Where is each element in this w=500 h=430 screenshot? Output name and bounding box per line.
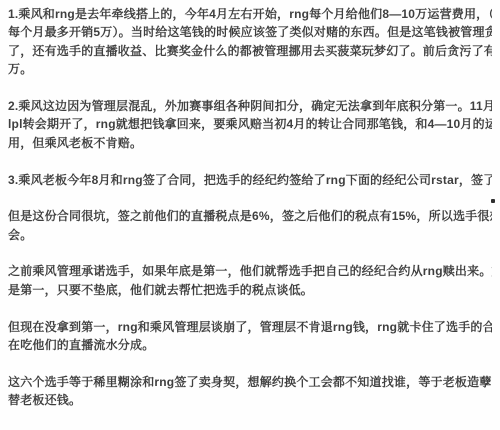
post-body: 1.乘风和rng是去年牵线搭上的，今年4月左右开始，rng每个月给他们8—10万… xyxy=(0,0,500,410)
paragraph-7: 这六个选手等于稀里糊涂和rng签了卖身契，想解约换个工会都不知道找谁，等于老板造… xyxy=(8,373,492,410)
text-line: 1.乘风和rng是去年牵线搭上的，今年4月左右开始，rng每个月给他们8—10万… xyxy=(8,5,492,24)
text-line: 万。 xyxy=(8,60,492,79)
paragraph-2: 2.乘风这边因为管理层混乱，外加赛事组各种阴间扣分，确定无法拿到年底积分第一。1… xyxy=(8,97,492,153)
paragraph-1: 1.乘风和rng是去年牵线搭上的，今年4月左右开始，rng每个月给他们8—10万… xyxy=(8,5,492,79)
text-line: 但现在没拿到第一，rng和乘风管理层谈崩了，管理层不肯退rng钱，rng就卡住了… xyxy=(8,318,492,337)
paragraph-6: 但现在没拿到第一，rng和乘风管理层谈崩了，管理层不肯退rng钱，rng就卡住了… xyxy=(8,318,492,355)
text-line: 但是这份合同很坑，签之前他们的直播税点是6%，签之后他们的税点有15%，所以选手… xyxy=(8,207,492,226)
text-line: 这六个选手等于稀里糊涂和rng签了卖身契，想解约换个工会都不知道找谁，等于老板造… xyxy=(8,373,492,392)
text-line: 是第一，只要不垫底，他们就去帮忙把选手的税点谈低。 xyxy=(8,281,492,300)
paragraph-5: 之前乘风管理承诺选手，如果年底是第一，他们就帮选手把自己的经纪合约从rng赎出来… xyxy=(8,262,492,299)
text-line: 了，还有选手的直播收益、比赛奖金什么的都被管理挪用去买菠菜玩梦幻了。前后贪污了有… xyxy=(8,42,492,61)
text-line: 之前乘风管理承诺选手，如果年底是第一，他们就帮选手把自己的经纪合约从rng赎出来… xyxy=(8,262,492,281)
text-line: lpl转会期开了，rng就想把钱拿回来，要乘风赔当初4月的转让合同那笔钱，和4—… xyxy=(8,115,492,134)
paragraph-3: 3.乘风老板今年8月和rng签了合同，把选手的经纪约签给了rng下面的经纪公司r… xyxy=(8,171,492,190)
paragraph-4: 但是这份合同很坑，签之前他们的直播税点是6%，签之后他们的税点有15%，所以选手… xyxy=(8,207,492,244)
bullet-dot xyxy=(491,199,495,203)
text-line: 每个月最多开销5万）。当时给这笔钱的时候应该签了类似对赌的东西。但是这笔钱被管理… xyxy=(8,23,492,42)
text-line: 会。 xyxy=(8,226,492,245)
text-line: 替老板还钱。 xyxy=(8,391,492,410)
text-line: 用，但乘风老板不肯赔。 xyxy=(8,134,492,153)
text-line: 在吃他们的直播流水分成。 xyxy=(8,336,492,355)
text-line: 2.乘风这边因为管理层混乱，外加赛事组各种阴间扣分，确定无法拿到年底积分第一。1… xyxy=(8,97,492,116)
text-line: 3.乘风老板今年8月和rng签了合同，把选手的经纪约签给了rng下面的经纪公司r… xyxy=(8,171,492,190)
